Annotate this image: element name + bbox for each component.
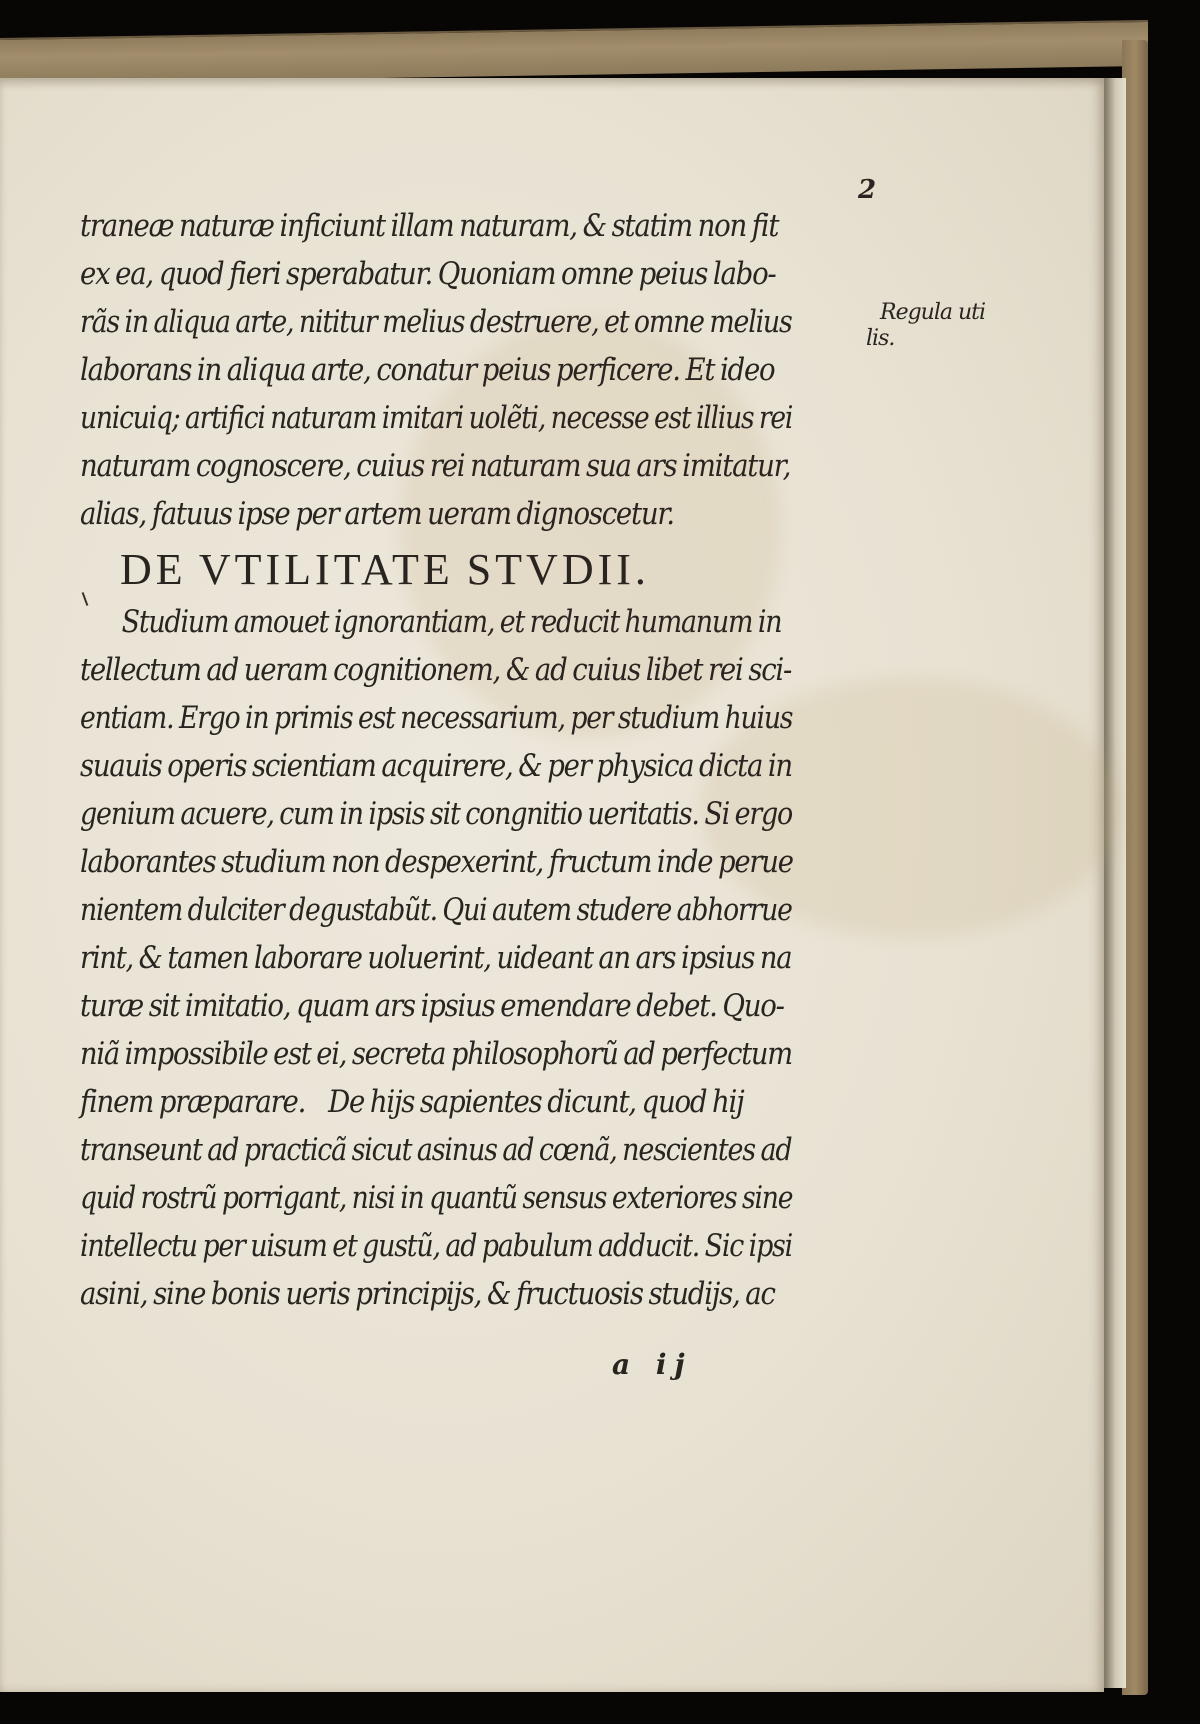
text-line: genium acuere, cum in ipsis sit congniti… bbox=[80, 790, 775, 838]
text-line: intellectu per uisum et gustũ, ad pabulu… bbox=[80, 1222, 774, 1270]
margin-note-line-1: Regula uti bbox=[880, 300, 985, 325]
text-line: entiam. Ergo in primis est necessarium, … bbox=[80, 694, 768, 742]
section-heading: DE VTILITATE STVDII. bbox=[80, 538, 880, 598]
book-cover-top-edge bbox=[0, 20, 1148, 84]
signature-mark: a ij bbox=[612, 1348, 693, 1381]
text-block: traneæ naturæ inficiunt illam naturam, &… bbox=[80, 202, 880, 1318]
text-line: nientem dulciter degustabũt. Qui autem s… bbox=[80, 886, 769, 934]
text-line: traneæ naturæ inficiunt illam naturam, &… bbox=[80, 202, 792, 250]
folio-number: 2 bbox=[858, 175, 876, 205]
text-line: tellectum ad ueram cognitionem, & ad cui… bbox=[80, 646, 792, 694]
text-line: rãs in aliqua arte, nititur melius destr… bbox=[80, 298, 772, 346]
text-line: laborantes studium non despexerint, fruc… bbox=[80, 838, 789, 886]
text-line: quid rostrũ porrigant, nisi in quantũ se… bbox=[80, 1174, 767, 1222]
text-line: ex ea, quod fieri sperabatur. Quoniam om… bbox=[80, 250, 792, 298]
text-line: laborans in aliqua arte, conatur peius p… bbox=[80, 346, 792, 394]
text-line: alias, fatuus ipse per artem ueram digno… bbox=[80, 490, 792, 538]
text-line: unicuiq; artifici naturam imitari uolẽti… bbox=[80, 394, 765, 442]
text-line: asini, sine bonis ueris principijs, & fr… bbox=[80, 1270, 792, 1318]
text-line: transeunt ad practicã sicut asinus ad cœ… bbox=[80, 1126, 776, 1174]
text-line: rint, & tamen laborare uoluerint, uidean… bbox=[80, 934, 786, 982]
text-line: Studium amouet ignorantiam, et reducit h… bbox=[80, 598, 774, 646]
text-line: finem præparare. De hijs sapientes dicun… bbox=[80, 1078, 792, 1126]
text-line: turæ sit imitatio, quam ars ipsius emend… bbox=[80, 982, 792, 1030]
text-line: naturam cognoscere, cuius rei naturam su… bbox=[80, 442, 792, 490]
text-line: suauis operis scientiam acquirere, & per… bbox=[80, 742, 790, 790]
text-line: niã impossibile est ei, secreta philosop… bbox=[80, 1030, 785, 1078]
margin-note: Regula uti lis. bbox=[880, 300, 985, 326]
